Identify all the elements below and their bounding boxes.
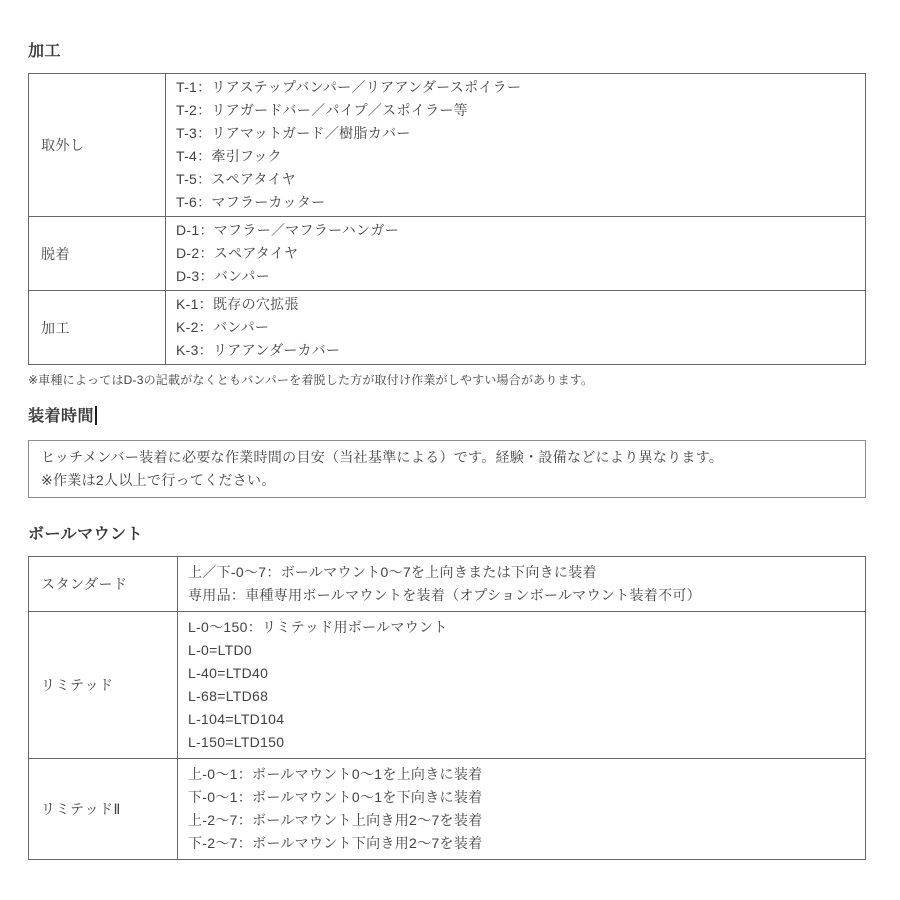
content-line: T-6：マフラーカッター: [176, 191, 855, 214]
note-line: ※作業は2人以上で行ってください。: [41, 469, 853, 492]
table-row-limited2: リミテッドⅡ 上-0～1：ボールマウント0～1を上向きに装着 下-0～1：ボール…: [29, 759, 866, 860]
ballmount-table: スタンダード 上／下-0～7：ボールマウント0～7を上向きまたは下向きに装着 専…: [28, 556, 866, 860]
row-label: 取外し: [29, 74, 166, 217]
section-heading-ballmount: ボールマウント: [28, 525, 868, 544]
content-line: D-1：マフラー／マフラーハンガー: [176, 219, 855, 242]
table-row-limited: リミテッド L-0～150：リミテッド用ボールマウント L-0=LTD0 L-4…: [29, 612, 866, 759]
content-line: T-2：リアガードバー／パイプ／スポイラー等: [176, 99, 855, 122]
section-heading-souchaku: 装着時間: [28, 406, 868, 426]
content-line: 下-0～1：ボールマウント0～1を下向きに装着: [188, 786, 855, 809]
content-line: K-3：リアアンダーカバー: [176, 339, 855, 362]
note-line: ヒッチメンバー装着に必要な作業時間の目安（当社基準による）です。経験・設備などに…: [41, 446, 853, 469]
table-row-datchaku: 脱着 D-1：マフラー／マフラーハンガー D-2：スペアタイヤ D-3：バンパー: [29, 217, 866, 291]
content-line: K-1：既存の穴拡張: [176, 293, 855, 316]
content-line: 下-2～7：ボールマウント下向き用2～7を装着: [188, 832, 855, 855]
content-line: 専用品：車種専用ボールマウントを装着（オプションボールマウント装着不可）: [188, 584, 855, 607]
table-row-torihazushi: 取外し T-1：リアステップバンパー／リアアンダースポイラー T-2：リアガード…: [29, 74, 866, 217]
row-label: 脱着: [29, 217, 166, 291]
content-line: T-4：牽引フック: [176, 145, 855, 168]
content-line: K-2：バンパー: [176, 316, 855, 339]
row-content: 上／下-0～7：ボールマウント0～7を上向きまたは下向きに装着 専用品：車種専用…: [178, 557, 866, 612]
installation-time-note-box: ヒッチメンバー装着に必要な作業時間の目安（当社基準による）です。経験・設備などに…: [28, 440, 866, 498]
content-line: L-0～150：リミテッド用ボールマウント: [188, 616, 855, 639]
content-line: L-104=LTD104: [188, 708, 855, 731]
row-content: L-0～150：リミテッド用ボールマウント L-0=LTD0 L-40=LTD4…: [178, 612, 866, 759]
kakou-table: 取外し T-1：リアステップバンパー／リアアンダースポイラー T-2：リアガード…: [28, 73, 866, 365]
content-line: L-150=LTD150: [188, 731, 855, 754]
row-content: T-1：リアステップバンパー／リアアンダースポイラー T-2：リアガードバー／パ…: [166, 74, 866, 217]
text-cursor: [95, 406, 97, 425]
content-line: D-3：バンパー: [176, 265, 855, 288]
content-line: L-40=LTD40: [188, 662, 855, 685]
row-label: 加工: [29, 291, 166, 365]
row-content: D-1：マフラー／マフラーハンガー D-2：スペアタイヤ D-3：バンパー: [166, 217, 866, 291]
content-line: 上／下-0～7：ボールマウント0～7を上向きまたは下向きに装着: [188, 561, 855, 584]
row-label: スタンダード: [29, 557, 178, 612]
section-heading-kakou: 加工: [28, 42, 868, 61]
row-label: リミテッドⅡ: [29, 759, 178, 860]
content-line: 上-2～7：ボールマウント上向き用2～7を装着: [188, 809, 855, 832]
content-line: L-68=LTD68: [188, 685, 855, 708]
table-row-kakou: 加工 K-1：既存の穴拡張 K-2：バンパー K-3：リアアンダーカバー: [29, 291, 866, 365]
row-content: K-1：既存の穴拡張 K-2：バンパー K-3：リアアンダーカバー: [166, 291, 866, 365]
document-page: 加工 取外し T-1：リアステップバンパー／リアアンダースポイラー T-2：リア…: [0, 0, 900, 900]
content-line: 上-0～1：ボールマウント0～1を上向きに装着: [188, 763, 855, 786]
row-label: リミテッド: [29, 612, 178, 759]
content-line: T-5：スペアタイヤ: [176, 168, 855, 191]
content-line: T-3：リアマットガード／樹脂カバー: [176, 122, 855, 145]
content-line: T-1：リアステップバンパー／リアアンダースポイラー: [176, 76, 855, 99]
row-content: 上-0～1：ボールマウント0～1を上向きに装着 下-0～1：ボールマウント0～1…: [178, 759, 866, 860]
content-line: D-2：スペアタイヤ: [176, 242, 855, 265]
kakou-footnote: ※車種によってはD-3の記載がなくともバンパーを着脱した方が取付け作業がしやすい…: [28, 373, 868, 387]
section-heading-text: 装着時間: [28, 408, 94, 425]
table-row-standard: スタンダード 上／下-0～7：ボールマウント0～7を上向きまたは下向きに装着 専…: [29, 557, 866, 612]
content-line: L-0=LTD0: [188, 639, 855, 662]
